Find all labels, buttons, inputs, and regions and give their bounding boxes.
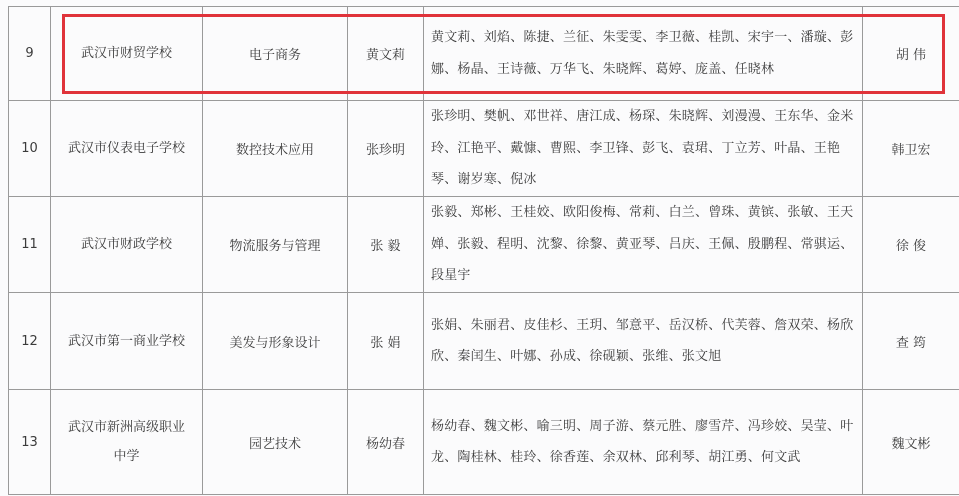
document-page: 9 武汉市财贸学校 电子商务 黄文莉 黄文莉、刘焰、陈捷、兰征、朱雯雯、李卫薇、… xyxy=(0,0,959,496)
row-number: 11 xyxy=(9,197,51,293)
expert-name: 查 筠 xyxy=(863,293,959,390)
expert-name: 魏文彬 xyxy=(863,390,959,495)
school-name: 武汉市财贸学校 xyxy=(51,7,203,101)
team-members: 张娟、朱丽君、皮佳杉、王玥、邹意平、岳汉桥、代芙蓉、詹双荣、杨欣欣、秦闰生、叶娜… xyxy=(424,293,863,390)
table-row: 12 武汉市第一商业学校 美发与形象设计 张 娟 张娟、朱丽君、皮佳杉、王玥、邹… xyxy=(9,293,959,390)
table-row: 10 武汉市仪表电子学校 数控技术应用 张珍明 张珍明、樊帆、邓世祥、唐江成、杨… xyxy=(9,101,959,197)
major-name: 物流服务与管理 xyxy=(203,197,348,293)
major-name: 美发与形象设计 xyxy=(203,293,348,390)
team-leader: 张珍明 xyxy=(348,101,424,197)
major-name: 电子商务 xyxy=(203,7,348,101)
school-name: 武汉市财政学校 xyxy=(51,197,203,293)
table-row: 11 武汉市财政学校 物流服务与管理 张 毅 张毅、郑彬、王桂姣、欧阳俊梅、常莉… xyxy=(9,197,959,293)
team-members: 张珍明、樊帆、邓世祥、唐江成、杨琛、朱晓辉、刘漫漫、王东华、金米玲、江艳平、戴慷… xyxy=(424,101,863,197)
table-row: 9 武汉市财贸学校 电子商务 黄文莉 黄文莉、刘焰、陈捷、兰征、朱雯雯、李卫薇、… xyxy=(9,7,959,101)
expert-name: 胡 伟 xyxy=(863,7,959,101)
team-members: 杨幼春、魏文彬、喻三明、周子游、蔡元胜、廖雪芹、冯珍姣、吴莹、叶龙、陶桂林、桂玲… xyxy=(424,390,863,495)
expert-name: 徐 俊 xyxy=(863,197,959,293)
school-name: 武汉市仪表电子学校 xyxy=(51,101,203,197)
school-name: 武汉市新洲高级职业中学 xyxy=(51,390,203,495)
row-number: 13 xyxy=(9,390,51,495)
school-name: 武汉市第一商业学校 xyxy=(51,293,203,390)
team-leader: 杨幼春 xyxy=(348,390,424,495)
table-row: 13 武汉市新洲高级职业中学 园艺技术 杨幼春 杨幼春、魏文彬、喻三明、周子游、… xyxy=(9,390,959,495)
row-number: 10 xyxy=(9,101,51,197)
team-leader: 张 娟 xyxy=(348,293,424,390)
team-leader: 张 毅 xyxy=(348,197,424,293)
team-roster-table: 9 武汉市财贸学校 电子商务 黄文莉 黄文莉、刘焰、陈捷、兰征、朱雯雯、李卫薇、… xyxy=(8,6,959,495)
team-members: 张毅、郑彬、王桂姣、欧阳俊梅、常莉、白兰、曾珠、黄镔、张敏、王天婵、张毅、程明、… xyxy=(424,197,863,293)
team-members: 黄文莉、刘焰、陈捷、兰征、朱雯雯、李卫薇、桂凯、宋宇一、潘璇、彭娜、杨晶、王诗薇… xyxy=(424,7,863,101)
row-number: 9 xyxy=(9,7,51,101)
row-number: 12 xyxy=(9,293,51,390)
expert-name: 韩卫宏 xyxy=(863,101,959,197)
major-name: 园艺技术 xyxy=(203,390,348,495)
team-leader: 黄文莉 xyxy=(348,7,424,101)
major-name: 数控技术应用 xyxy=(203,101,348,197)
